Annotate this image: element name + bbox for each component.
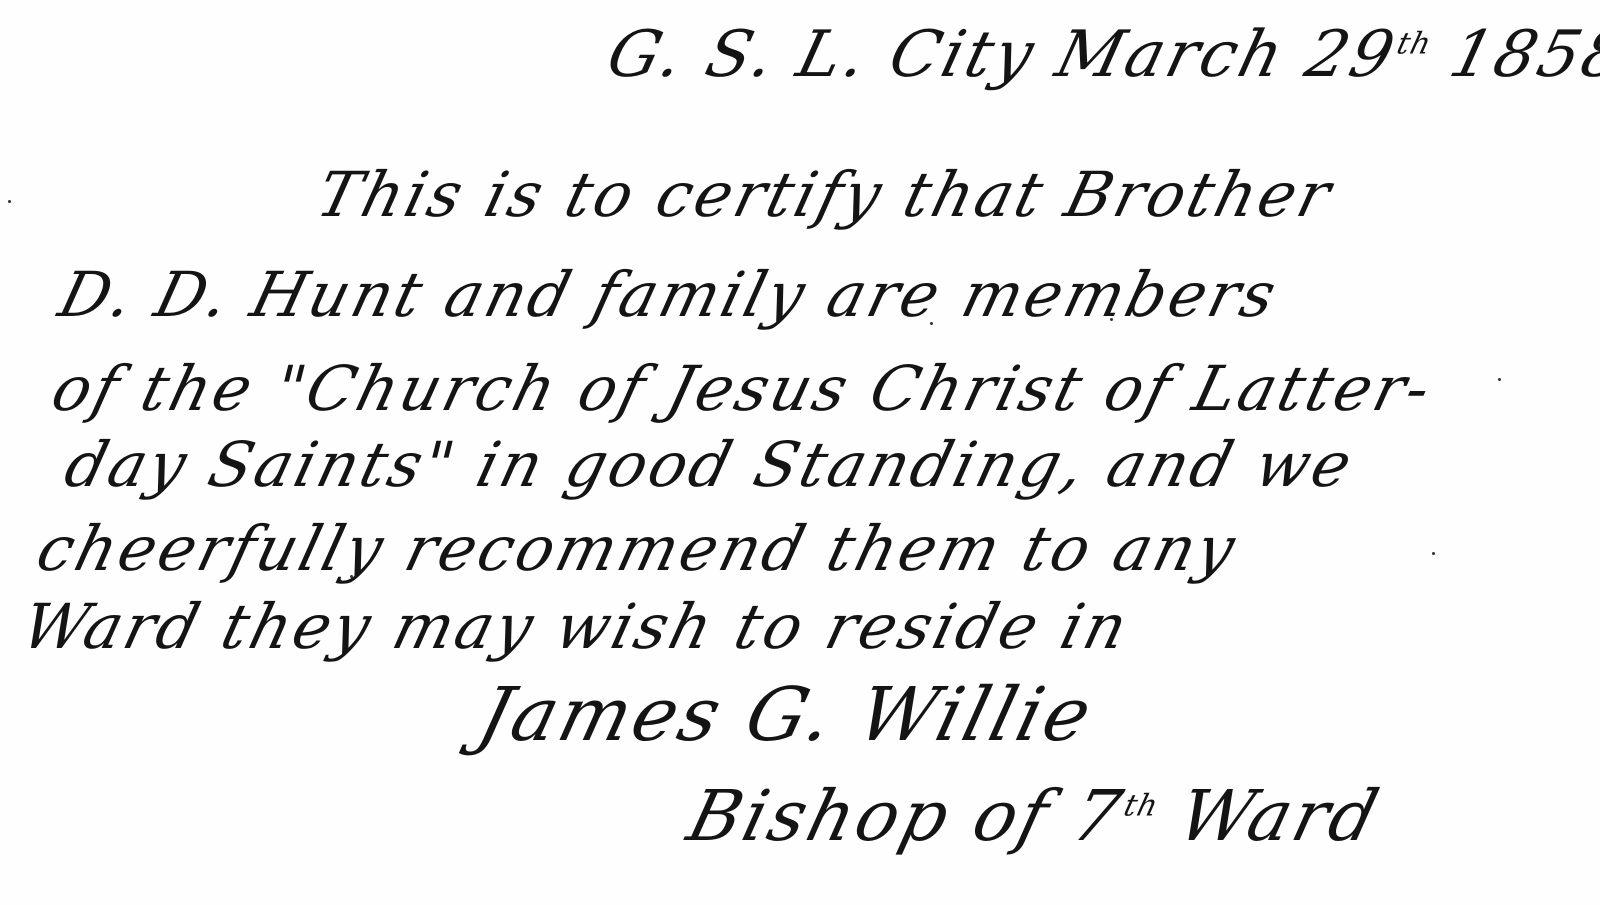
body-line-5: cheerfully recommend them to any (30, 512, 1245, 585)
dateline-year: 1858 (1442, 18, 1600, 92)
dateline: G. S. L. City March 29th 1858 (600, 18, 1600, 92)
body-line-4: day Saints" in good Standing, and we (58, 428, 1362, 501)
signature-title-rest: Ward (1145, 775, 1389, 857)
body-line-2: D. D. Hunt and family are members (52, 258, 1286, 331)
dateline-day-suffix: th (1393, 27, 1435, 62)
scan-speck (350, 575, 353, 578)
scan-speck (8, 200, 11, 203)
scan-speck (930, 322, 933, 325)
scan-speck (1432, 552, 1435, 555)
scanned-document-page: G. S. L. City March 29th 1858 This is to… (0, 0, 1600, 905)
body-line-1: This is to certify that Brother (310, 158, 1341, 231)
dateline-date: March 29 (1049, 18, 1405, 92)
scan-speck (1110, 318, 1113, 321)
body-line-6: Ward they may wish to reside in (15, 590, 1137, 663)
scan-speck (1498, 378, 1501, 381)
signature-title-prefix: Bishop of 7 (680, 775, 1132, 857)
dateline-place: G. S. L. City (600, 18, 1044, 92)
body-line-3: of the "Church of Jesus Christ of Latter… (45, 352, 1441, 425)
signature-name: James G. Willie (470, 672, 1102, 758)
signature-title: Bishop of 7th Ward (680, 775, 1389, 857)
